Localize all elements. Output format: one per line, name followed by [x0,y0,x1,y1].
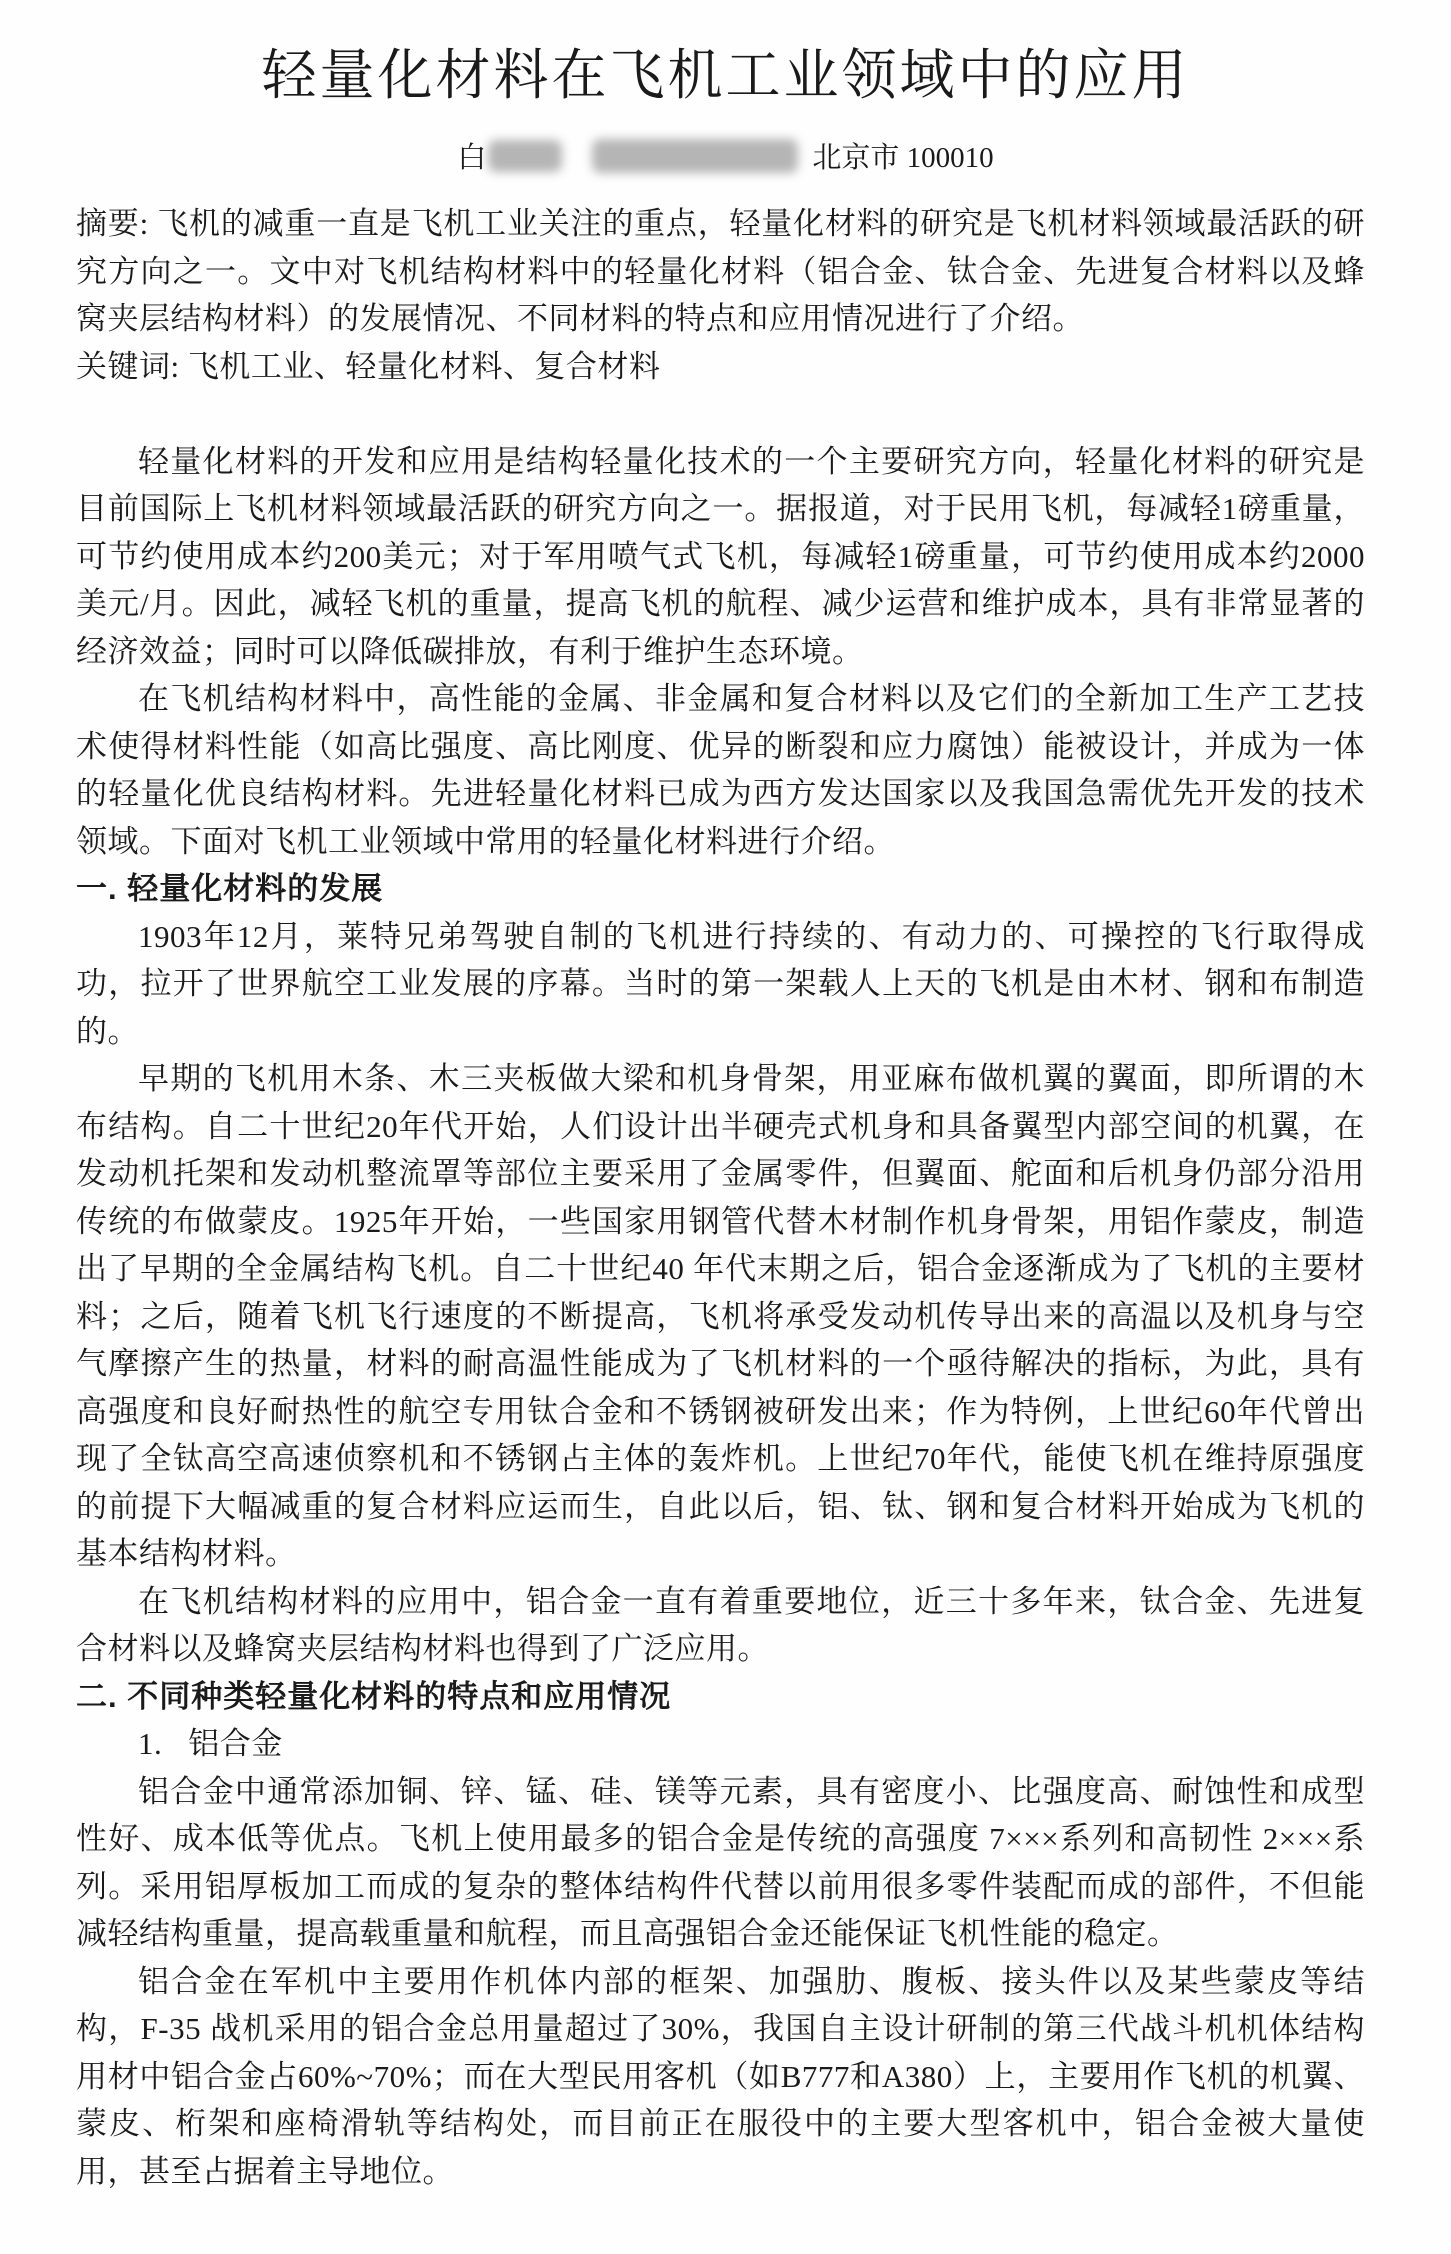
author-line: 白北京市 100010 [0,134,1451,178]
keywords-label: 关键词: [76,349,180,384]
page-title: 轻量化材料在飞机工业领域中的应用 [0,0,1451,108]
document-page: 轻量化材料在飞机工业领域中的应用 白北京市 100010 摘要: 飞机的减重一直… [0,0,1451,2254]
keywords-text: 飞机工业、轻量化材料、复合材料 [188,349,661,384]
section-2-paragraph-2: 铝合金在军机中主要用作机体内部的框架、加强肋、腹板、接头件以及某些蒙皮等结构，F… [76,1958,1365,2196]
section-1-paragraph-1: 1903年12月，莱特兄弟驾驶自制的飞机进行持续的、有动力的、可操控的飞行取得成… [76,913,1365,1056]
author-city-postcode: 北京市 100010 [812,136,993,180]
vertical-spacer [76,390,1365,438]
abstract-paragraph: 摘要: 飞机的减重一直是飞机工业关注的重点，轻量化材料的研究是飞机材料领域最活跃… [76,200,1365,343]
subheading-title: 铝合金 [188,1726,283,1761]
section-1-heading: 一. 轻量化材料的发展 [76,865,1365,913]
intro-paragraph-1: 轻量化材料的开发和应用是结构轻量化技术的一个主要研究方向，轻量化材料的研究是目前… [76,438,1365,676]
section-2-paragraph-1: 铝合金中通常添加铜、锌、锰、硅、镁等元素，具有密度小、比强度高、耐蚀性和成型性好… [76,1768,1365,1958]
abstract-text: 飞机的减重一直是飞机工业关注的重点，轻量化材料的研究是飞机材料领域最活跃的研究方… [76,206,1365,336]
redacted-author-name-blur [488,140,562,172]
intro-paragraph-2: 在飞机结构材料中，高性能的金属、非金属和复合材料以及它们的全新加工生产工艺技术使… [76,675,1365,865]
subheading-number: 1. [138,1726,162,1761]
abstract-label: 摘要: [76,206,149,241]
section-2-subheading-1: 1.铝合金 [76,1720,1365,1768]
author-surname: 白 [457,136,486,180]
section-1-paragraph-2: 早期的飞机用木条、木三夹板做大梁和机身骨架，用亚麻布做机翼的翼面，即所谓的木布结… [76,1055,1365,1578]
redacted-author-affiliation-blur [592,139,798,173]
section-2-heading: 二. 不同种类轻量化材料的特点和应用情况 [76,1673,1365,1721]
keywords-line: 关键词: 飞机工业、轻量化材料、复合材料 [76,343,1365,391]
article-body: 摘要: 飞机的减重一直是飞机工业关注的重点，轻量化材料的研究是飞机材料领域最活跃… [76,200,1365,2195]
section-1-paragraph-3: 在飞机结构材料的应用中，铝合金一直有着重要地位，近三十多年来，钛合金、先进复合材… [76,1578,1365,1673]
